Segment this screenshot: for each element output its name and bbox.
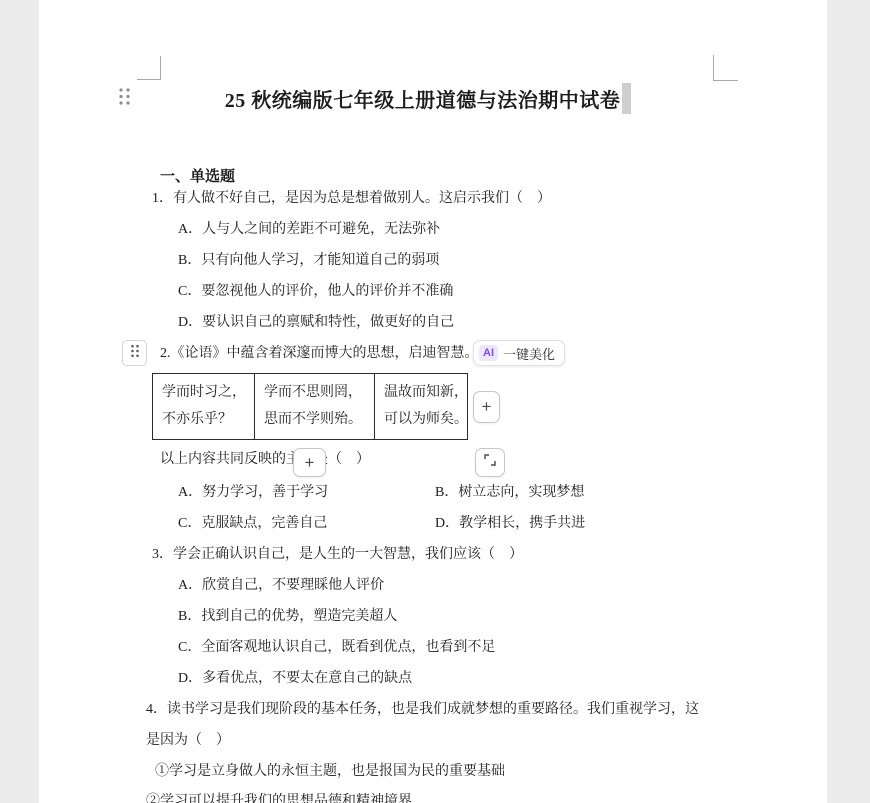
- grip-dots-icon: [118, 87, 131, 111]
- q1-option-c: C．要忽视他人的评价，他人的评价并不准确: [178, 284, 453, 299]
- section-heading: 一、单选题: [160, 165, 235, 186]
- ai-beautify-label: 一键美化: [503, 344, 555, 363]
- q2-option-a: A．努力学习，善于学习: [178, 485, 328, 500]
- text-cursor-block: [622, 83, 631, 114]
- corner-brackets-icon: [483, 453, 497, 472]
- q1-stem: 1．有人做不好自己，是因为总是想着做别人。这启示我们（ ）: [152, 191, 551, 206]
- title-line: 25 秋统编版七年级上册道德与法治期中试卷: [143, 82, 713, 115]
- table-cell-text: 可以为师矣。: [384, 406, 458, 433]
- q1-option-d: D．要认识自己的禀赋和特性，做更好的自己: [178, 315, 454, 330]
- table-cell-text: 学而不思则罔，: [264, 379, 365, 406]
- q4-statement-2: ②学习可以提升我们的思想品德和精神境界: [146, 794, 412, 803]
- page-title: 25 秋统编版七年级上册道德与法治期中试卷: [225, 84, 621, 113]
- q2-option-d: D．教学相长，携手共进: [435, 516, 585, 531]
- q2-option-b: B．树立志向，实现梦想: [435, 485, 584, 500]
- table-cell[interactable]: 学而时习之， 不亦乐乎？: [153, 374, 254, 439]
- margin-corner-mark-top-left: [137, 56, 161, 80]
- q3-option-b: B．找到自己的优势，塑造完美超人: [178, 609, 397, 624]
- q3-option-d: D．多看优点，不要太在意自己的缺点: [178, 671, 412, 686]
- editor-canvas: 25 秋统编版七年级上册道德与法治期中试卷 一、单选题 1．有人做不好自己，是因…: [0, 0, 870, 803]
- q1-option-a: A．人与人之间的差距不可避免，无法弥补: [178, 222, 440, 237]
- paragraph-drag-handle-hovered[interactable]: [122, 340, 147, 366]
- quote-table[interactable]: 学而时习之， 不亦乐乎？ 学而不思则罔， 思而不学则殆。 温故而知新， 可以为师…: [152, 373, 468, 440]
- q4-stem-line1: 4．读书学习是我们现阶段的基本任务，也是我们成就梦想的重要路径。我们重视学习，这: [146, 702, 699, 717]
- grip-dots-icon: [130, 344, 140, 363]
- q3-stem: 3．学会正确认识自己，是人生的一大智慧，我们应该（ ）: [152, 547, 523, 562]
- paragraph-drag-handle[interactable]: [117, 89, 132, 109]
- q4-statement-1: ①学习是立身做人的永恒主题，也是报国为民的重要基础: [155, 764, 505, 779]
- table-add-row-button[interactable]: +: [293, 448, 326, 477]
- q4-stem-line2: 是因为（ ）: [146, 733, 230, 748]
- q2-after-table-text: 以上内容共同反映的主题是（ ）: [160, 452, 370, 467]
- table-cell-text: 学而时习之，: [162, 379, 245, 406]
- table-cell-text: 不亦乐乎？: [162, 406, 245, 433]
- q3-option-c: C．全面客观地认识自己，既看到优点，也看到不足: [178, 640, 495, 655]
- q3-option-a: A．欣赏自己，不要理睬他人评价: [178, 578, 384, 593]
- table-cell-text: 思而不学则殆。: [264, 406, 365, 433]
- q2-option-c: C．克服缺点，完善自己: [178, 516, 327, 531]
- q1-option-b: B．只有向他人学习，才能知道自己的弱项: [178, 253, 439, 268]
- table-select-button[interactable]: [475, 448, 505, 477]
- table-add-column-button[interactable]: +: [473, 391, 500, 423]
- q2-stem: 2.《论语》中蕴含着深邃而博大的思想，启迪智慧。: [160, 346, 479, 361]
- ai-badge-icon: AI: [479, 345, 498, 361]
- table-cell[interactable]: 温故而知新， 可以为师矣。: [374, 374, 467, 439]
- table-cell-text: 温故而知新，: [384, 379, 458, 406]
- table-cell[interactable]: 学而不思则罔， 思而不学则殆。: [254, 374, 374, 439]
- plus-icon: +: [482, 397, 492, 417]
- plus-icon: +: [305, 453, 315, 473]
- margin-corner-mark-top-right: [713, 55, 738, 81]
- ai-beautify-button[interactable]: AI 一键美化: [473, 340, 565, 366]
